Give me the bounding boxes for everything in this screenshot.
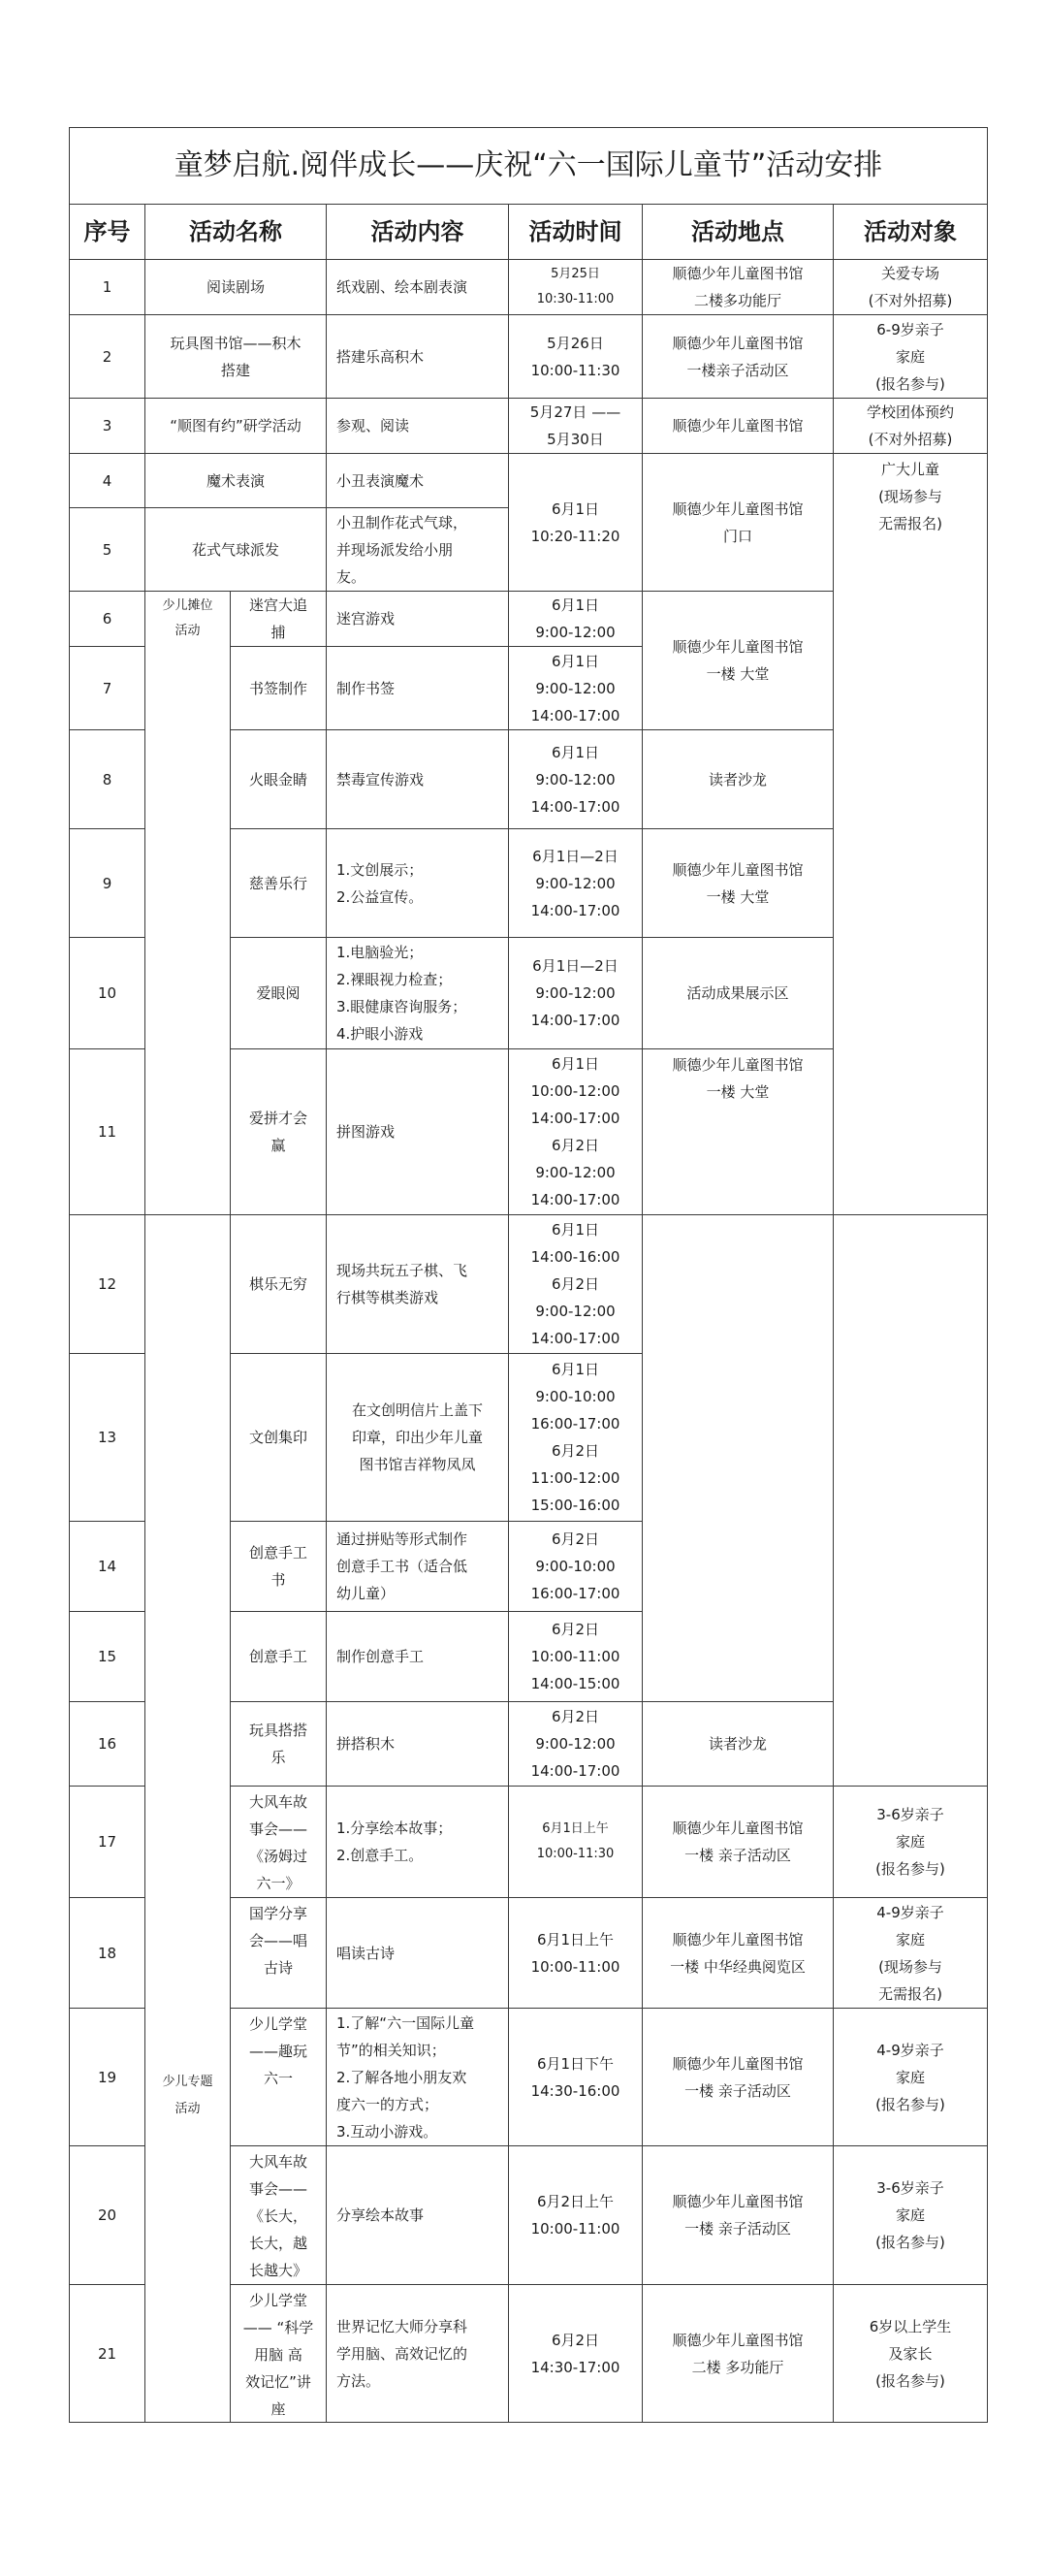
- activity-time: 6月1日 10:20-11:20: [508, 453, 643, 592]
- activity-target: 关爱专场 (不对外招募): [833, 259, 988, 315]
- activity-time-text: 6月1日—2日 9:00-12:00 14:00-17:00: [531, 843, 620, 924]
- activity-place: 顺德少年儿童图书馆 一楼 中华经典阅览区: [642, 1897, 834, 2009]
- activity-target-text: 3-6岁亲子 家庭 (报名参与): [875, 2174, 945, 2256]
- activity-time-text: 6月2日上午 10:00-11:00: [531, 2188, 620, 2242]
- activity-name-text: 文创集印: [249, 1424, 307, 1451]
- activity-name: “顺图有约”研学活动: [144, 398, 327, 454]
- row-number-text: 15: [98, 1643, 116, 1670]
- activity-content: 小丑表演魔术: [326, 453, 509, 508]
- activity-content: 参观、阅读: [326, 398, 509, 454]
- activity-place-text: 顺德少年儿童图书馆 一楼 大堂: [672, 1051, 803, 1106]
- activity-time-text: 6月1日 9:00-10:00 16:00-17:00 6月2日 11:00-1…: [531, 1356, 620, 1519]
- activity-content: 唱读古诗: [326, 1897, 509, 2009]
- activity-time-text: 5月26日 10:00-11:30: [531, 330, 620, 384]
- activity-target-text: 学校团体预约 (不对外招募): [867, 399, 954, 453]
- activity-time: 6月2日 9:00-12:00 14:00-17:00: [508, 1701, 643, 1787]
- activity-name-text: 少儿学堂 ——趣玩 六一: [249, 2011, 307, 2092]
- activity-place-text: 顺德少年儿童图书馆 一楼 亲子活动区: [672, 2188, 803, 2242]
- activity-place: 顺德少年儿童图书馆 一楼 大堂: [642, 1048, 834, 1215]
- activity-time-text: 6月2日 9:00-12:00 14:00-17:00: [531, 1703, 620, 1785]
- activity-time-text: 6月1日上午 10:00-11:30: [537, 1817, 615, 1867]
- row-number-text: 17: [98, 1828, 116, 1855]
- activity-content: 制作创意手工: [326, 1611, 509, 1702]
- activity-content-text: 世界记忆大师分享科 学用脑、高效记忆的 方法。: [336, 2313, 467, 2395]
- activity-time-text: 6月2日 10:00-11:00 14:00-15:00: [531, 1616, 620, 1697]
- activity-name-text: 火眼金睛: [249, 766, 307, 793]
- activity-time-text: 6月1日 10:20-11:20: [531, 496, 620, 550]
- activity-content-text: 在文创明信片上盖下 印章，印出少年儿童 图书馆吉祥物凤凤: [352, 1397, 483, 1478]
- activity-name: 爱拼才会 赢: [230, 1048, 327, 1215]
- activity-place: 顺德少年儿童图书馆 一楼 亲子活动区: [642, 2008, 834, 2146]
- activity-name-text: 爱眼阅: [256, 980, 300, 1007]
- row-number: 14: [69, 1521, 145, 1612]
- activity-name-text: 魔术表演: [206, 467, 265, 495]
- activity-target: 3-6岁亲子 家庭 (报名参与): [833, 2145, 988, 2285]
- activity-target-text: 6岁以上学生 及家长 (报名参与): [870, 2313, 952, 2395]
- activity-content-text: 参观、阅读: [336, 412, 409, 439]
- activity-name: 创意手工 书: [230, 1521, 327, 1612]
- activity-time: 5月26日 10:00-11:30: [508, 314, 643, 399]
- activity-name-text: 玩具搭搭 乐: [249, 1717, 307, 1771]
- row-number: 11: [69, 1048, 145, 1215]
- column-header-time-text: 活动时间: [529, 217, 622, 246]
- activity-content: 禁毒宣传游戏: [326, 729, 509, 829]
- activity-name-text: 玩具图书馆——积木 搭建: [170, 330, 301, 384]
- row-number-text: 21: [98, 2340, 116, 2367]
- row-number-text: 12: [98, 1271, 116, 1298]
- column-header-content: 活动内容: [326, 204, 509, 260]
- activity-place: 顺德少年儿童图书馆 二楼多功能厅: [642, 259, 834, 315]
- row-number: 15: [69, 1611, 145, 1702]
- activity-target-text: 关爱专场 (不对外招募): [869, 260, 953, 314]
- row-number-text: 8: [103, 766, 112, 793]
- activity-content-text: 搭建乐高积木: [336, 343, 424, 370]
- row-number: 8: [69, 729, 145, 829]
- row-number: 12: [69, 1214, 145, 1354]
- activity-place-text: 顺德少年儿童图书馆 二楼多功能厅: [672, 260, 803, 314]
- activity-target: 学校团体预约 (不对外招募): [833, 398, 988, 454]
- row-number: 1: [69, 259, 145, 315]
- column-header-target-text: 活动对象: [864, 217, 957, 246]
- activity-time-text: 6月1日 9:00-12:00: [535, 592, 615, 646]
- activity-time: 6月1日—2日 9:00-12:00 14:00-17:00: [508, 828, 643, 938]
- row-number-text: 13: [98, 1424, 116, 1451]
- row-number: 13: [69, 1353, 145, 1522]
- activity-time: 6月1日 10:00-12:00 14:00-17:00 6月2日 9:00-1…: [508, 1048, 643, 1215]
- activity-time-text: 6月1日 9:00-12:00 14:00-17:00: [531, 648, 620, 729]
- activity-time: 6月1日下午 14:30-16:00: [508, 2008, 643, 2146]
- activity-name-text: 少儿学堂 —— “科学 用脑 高 效记忆”讲 座: [243, 2287, 314, 2423]
- activity-place-text: 顺德少年儿童图书馆 门口: [672, 496, 803, 550]
- row-number: 16: [69, 1701, 145, 1787]
- activity-time-text: 6月1日 9:00-12:00 14:00-17:00: [531, 739, 620, 821]
- column-header-no-text: 序号: [84, 217, 131, 246]
- activity-target: [833, 1214, 988, 1787]
- activity-time-text: 6月1日下午 14:30-16:00: [531, 2050, 620, 2105]
- activity-content-text: 制作创意手工: [336, 1643, 424, 1670]
- activity-name: 火眼金睛: [230, 729, 327, 829]
- activity-name: 玩具搭搭 乐: [230, 1701, 327, 1787]
- activity-name-text: 爱拼才会 赢: [249, 1105, 307, 1159]
- activity-target: 3-6岁亲子 家庭 (报名参与): [833, 1786, 988, 1898]
- row-number: 7: [69, 646, 145, 730]
- row-number: 6: [69, 591, 145, 647]
- activity-place-text: 顺德少年儿童图书馆 一楼 大堂: [672, 856, 803, 911]
- activity-name-text: 书签制作: [249, 675, 307, 702]
- activity-place: 读者沙龙: [642, 729, 834, 829]
- activity-target-text: 广大儿童 (现场参与 无需报名): [878, 456, 942, 537]
- activity-content-text: 纸戏剧、绘本剧表演: [336, 274, 467, 301]
- activity-name: 书签制作: [230, 646, 327, 730]
- column-header-content-text: 活动内容: [371, 217, 464, 246]
- activity-name: 大风车故 事会—— 《长大， 长大，越 长越大》: [230, 2145, 327, 2285]
- column-header-place-text: 活动地点: [691, 217, 784, 246]
- activity-schedule-table: 童梦启航.阅伴成长——庆祝“六一国际儿童节”活动安排序号活动名称活动内容活动时间…: [0, 0, 1047, 2576]
- activity-content-text: 小丑制作花式气球， 并现场派发给小朋 友。: [336, 509, 467, 591]
- activity-place-text: 顺德少年儿童图书馆 一楼 中华经典阅览区: [670, 1926, 806, 1980]
- activity-place: 顺德少年儿童图书馆: [642, 398, 834, 454]
- activity-time-text: 5月25日 10:30-11:00: [537, 262, 615, 312]
- activity-place: 顺德少年儿童图书馆 一楼 大堂: [642, 591, 834, 730]
- activity-place-text: 顺德少年儿童图书馆 一楼 亲子活动区: [672, 1815, 803, 1869]
- activity-content: 拼搭积木: [326, 1701, 509, 1787]
- activity-time: 5月25日 10:30-11:00: [508, 259, 643, 315]
- activity-time: 6月2日上午 10:00-11:00: [508, 2145, 643, 2285]
- activity-time: 6月1日 9:00-12:00: [508, 591, 643, 647]
- row-number: 9: [69, 828, 145, 938]
- activity-name-text: 国学分享 会——唱 古诗: [249, 1900, 307, 1981]
- row-number-text: 19: [98, 2064, 116, 2091]
- activity-place-text: 顺德少年儿童图书馆 一楼 亲子活动区: [672, 2050, 803, 2105]
- column-header-target: 活动对象: [833, 204, 988, 260]
- row-number-text: 9: [103, 870, 112, 897]
- activity-place: 顺德少年儿童图书馆 一楼 亲子活动区: [642, 1786, 834, 1898]
- row-number: 19: [69, 2008, 145, 2146]
- activity-content: 搭建乐高积木: [326, 314, 509, 399]
- activity-content: 小丑制作花式气球， 并现场派发给小朋 友。: [326, 507, 509, 592]
- activity-content: 在文创明信片上盖下 印章，印出少年儿童 图书馆吉祥物凤凤: [326, 1353, 509, 1522]
- activity-name: 国学分享 会——唱 古诗: [230, 1897, 327, 2009]
- activity-content: 制作书签: [326, 646, 509, 730]
- activity-time-text: 6月2日 9:00-10:00 16:00-17:00: [531, 1526, 620, 1607]
- activity-place: 读者沙龙: [642, 1701, 834, 1787]
- activity-name: 少儿学堂 —— “科学 用脑 高 效记忆”讲 座: [230, 2284, 327, 2423]
- activity-content-text: 1.电脑验光； 2.裸眼视力检查； 3.眼健康咨询服务； 4.护眼小游戏: [336, 939, 466, 1047]
- activity-name: 爱眼阅: [230, 937, 327, 1049]
- page-title: 童梦启航.阅伴成长——庆祝“六一国际儿童节”活动安排: [69, 127, 988, 205]
- group-label-special: 少儿专题 活动: [144, 1214, 231, 2423]
- activity-target-text: 6-9岁亲子 家庭 (报名参与): [875, 316, 945, 398]
- activity-name-text: 大风车故 事会—— 《长大， 长大，越 长越大》: [249, 2148, 307, 2284]
- row-number-text: 5: [103, 536, 112, 563]
- activity-content-text: 唱读古诗: [336, 1940, 395, 1967]
- activity-name: 棋乐无穷: [230, 1214, 327, 1354]
- activity-content-text: 拼搭积木: [336, 1730, 395, 1757]
- row-number-text: 6: [103, 605, 112, 632]
- activity-content-text: 分享绘本故事: [336, 2202, 424, 2229]
- activity-place-text: 顺德少年儿童图书馆: [672, 412, 803, 439]
- activity-place-text: 顺德少年儿童图书馆 一楼亲子活动区: [672, 330, 803, 384]
- activity-place-text: 顺德少年儿童图书馆 二楼 多功能厅: [672, 2327, 803, 2381]
- activity-name: 大风车故 事会—— 《汤姆过 六一》: [230, 1786, 327, 1898]
- activity-content-text: 通过拼贴等形式制作 创意手工书（适合低 幼儿童）: [336, 1526, 467, 1607]
- activity-name-text: 阅读剧场: [206, 274, 265, 301]
- activity-place: 活动成果展示区: [642, 937, 834, 1049]
- activity-place: 顺德少年儿童图书馆 二楼 多功能厅: [642, 2284, 834, 2423]
- activity-target: 4-9岁亲子 家庭 (现场参与 无需报名): [833, 1897, 988, 2009]
- row-number-text: 7: [103, 675, 112, 702]
- activity-content-text: 1.文创展示； 2.公益宣传。: [336, 856, 423, 911]
- activity-content-text: 小丑表演魔术: [336, 467, 424, 495]
- activity-content-text: 拼图游戏: [336, 1118, 395, 1145]
- activity-time-text: 6月1日—2日 9:00-12:00 14:00-17:00: [531, 952, 620, 1034]
- activity-time-text: 5月27日 —— 5月30日: [530, 399, 620, 453]
- activity-content-text: 现场共玩五子棋、飞 行棋等棋类游戏: [336, 1257, 467, 1311]
- activity-content: 现场共玩五子棋、飞 行棋等棋类游戏: [326, 1214, 509, 1354]
- row-number-text: 18: [98, 1940, 116, 1967]
- activity-content: 分享绘本故事: [326, 2145, 509, 2285]
- activity-place: 顺德少年儿童图书馆 一楼亲子活动区: [642, 314, 834, 399]
- activity-name: 玩具图书馆——积木 搭建: [144, 314, 327, 399]
- group-label-stall-text: 少儿摊位 活动: [162, 594, 212, 644]
- activity-place: [642, 1214, 834, 1702]
- page-title-text: 童梦启航.阅伴成长——庆祝“六一国际儿童节”活动安排: [174, 146, 883, 185]
- activity-content: 1.文创展示； 2.公益宣传。: [326, 828, 509, 938]
- activity-name-text: 创意手工 书: [249, 1539, 307, 1594]
- row-number: 10: [69, 937, 145, 1049]
- activity-name: 魔术表演: [144, 453, 327, 508]
- group-label-stall: 少儿摊位 活动: [144, 591, 231, 1215]
- activity-place: 顺德少年儿童图书馆 一楼 亲子活动区: [642, 2145, 834, 2285]
- activity-name: 少儿学堂 ——趣玩 六一: [230, 2008, 327, 2146]
- activity-content-text: 迷宫游戏: [336, 605, 395, 632]
- activity-target: 6岁以上学生 及家长 (报名参与): [833, 2284, 988, 2423]
- row-number: 3: [69, 398, 145, 454]
- activity-name-text: 迷宫大追 捕: [249, 592, 307, 646]
- column-header-no: 序号: [69, 204, 145, 260]
- activity-name-text: “顺图有约”研学活动: [170, 412, 301, 439]
- activity-content: 1.分享绘本故事； 2.创意手工。: [326, 1786, 509, 1898]
- activity-time: 5月27日 —— 5月30日: [508, 398, 643, 454]
- activity-name: 阅读剧场: [144, 259, 327, 315]
- column-header-place: 活动地点: [642, 204, 834, 260]
- activity-name-text: 创意手工: [249, 1643, 307, 1670]
- activity-time: 6月1日 9:00-12:00 14:00-17:00: [508, 729, 643, 829]
- activity-content: 1.了解“六一国际儿童 节”的相关知识； 2.了解各地小朋友欢 度六一的方式； …: [326, 2008, 509, 2146]
- activity-place-text: 读者沙龙: [709, 1730, 767, 1757]
- activity-target-text: 3-6岁亲子 家庭 (报名参与): [875, 1801, 945, 1883]
- activity-content-text: 1.了解“六一国际儿童 节”的相关知识； 2.了解各地小朋友欢 度六一的方式； …: [336, 2010, 474, 2145]
- activity-name: 迷宫大追 捕: [230, 591, 327, 647]
- row-number-text: 3: [103, 412, 112, 439]
- row-number: 4: [69, 453, 145, 508]
- row-number: 2: [69, 314, 145, 399]
- activity-target: 广大儿童 (现场参与 无需报名): [833, 453, 988, 1215]
- activity-place-text: 活动成果展示区: [686, 980, 788, 1007]
- activity-name-text: 慈善乐行: [249, 870, 307, 897]
- activity-time: 6月2日 10:00-11:00 14:00-15:00: [508, 1611, 643, 1702]
- activity-content: 1.电脑验光； 2.裸眼视力检查； 3.眼健康咨询服务； 4.护眼小游戏: [326, 937, 509, 1049]
- activity-time-text: 6月1日 10:00-12:00 14:00-17:00 6月2日 9:00-1…: [531, 1050, 620, 1213]
- row-number-text: 4: [103, 467, 112, 495]
- row-number: 17: [69, 1786, 145, 1898]
- column-header-time: 活动时间: [508, 204, 643, 260]
- activity-time: 6月1日 9:00-12:00 14:00-17:00: [508, 646, 643, 730]
- activity-content: 通过拼贴等形式制作 创意手工书（适合低 幼儿童）: [326, 1521, 509, 1612]
- activity-place: 顺德少年儿童图书馆 一楼 大堂: [642, 828, 834, 938]
- activity-time: 6月1日 14:00-16:00 6月2日 9:00-12:00 14:00-1…: [508, 1214, 643, 1354]
- activity-time: 6月1日 9:00-10:00 16:00-17:00 6月2日 11:00-1…: [508, 1353, 643, 1522]
- activity-name: 慈善乐行: [230, 828, 327, 938]
- activity-name-text: 大风车故 事会—— 《汤姆过 六一》: [249, 1788, 307, 1897]
- row-number: 5: [69, 507, 145, 592]
- row-number-text: 10: [98, 980, 116, 1007]
- activity-content-text: 制作书签: [336, 675, 395, 702]
- activity-name: 文创集印: [230, 1353, 327, 1522]
- row-number-text: 2: [103, 343, 112, 370]
- row-number-text: 20: [98, 2202, 116, 2229]
- activity-target: 4-9岁亲子 家庭 (报名参与): [833, 2008, 988, 2146]
- row-number-text: 14: [98, 1553, 116, 1580]
- activity-content-text: 禁毒宣传游戏: [336, 766, 424, 793]
- activity-name: 花式气球派发: [144, 507, 327, 592]
- row-number-text: 11: [98, 1118, 116, 1145]
- group-label-special-text: 少儿专题 活动: [145, 2069, 230, 2123]
- activity-place-text: 读者沙龙: [709, 766, 767, 793]
- activity-time-text: 6月2日 14:30-17:00: [531, 2327, 620, 2381]
- activity-target-text: 4-9岁亲子 家庭 (报名参与): [875, 2037, 945, 2118]
- activity-place: 顺德少年儿童图书馆 门口: [642, 453, 834, 592]
- row-number-text: 1: [103, 274, 112, 301]
- activity-time: 6月2日 9:00-10:00 16:00-17:00: [508, 1521, 643, 1612]
- activity-time-text: 6月1日 14:00-16:00 6月2日 9:00-12:00 14:00-1…: [531, 1216, 620, 1352]
- activity-content: 迷宫游戏: [326, 591, 509, 647]
- activity-target: 6-9岁亲子 家庭 (报名参与): [833, 314, 988, 399]
- row-number: 21: [69, 2284, 145, 2423]
- activity-time: 6月1日—2日 9:00-12:00 14:00-17:00: [508, 937, 643, 1049]
- activity-content-text: 1.分享绘本故事； 2.创意手工。: [336, 1815, 452, 1869]
- activity-content: 世界记忆大师分享科 学用脑、高效记忆的 方法。: [326, 2284, 509, 2423]
- row-number: 20: [69, 2145, 145, 2285]
- column-header-name: 活动名称: [144, 204, 327, 260]
- activity-place-text: 顺德少年儿童图书馆 一楼 大堂: [672, 633, 803, 688]
- activity-time-text: 6月1日上午 10:00-11:00: [531, 1926, 620, 1980]
- activity-time: 6月1日上午 10:00-11:00: [508, 1897, 643, 2009]
- activity-name: 创意手工: [230, 1611, 327, 1702]
- activity-content: 纸戏剧、绘本剧表演: [326, 259, 509, 315]
- row-number: 18: [69, 1897, 145, 2009]
- activity-name-text: 花式气球派发: [192, 536, 279, 563]
- activity-content: 拼图游戏: [326, 1048, 509, 1215]
- row-number-text: 16: [98, 1730, 116, 1757]
- column-header-name-text: 活动名称: [189, 217, 282, 246]
- activity-time: 6月1日上午 10:00-11:30: [508, 1786, 643, 1898]
- activity-name-text: 棋乐无穷: [249, 1271, 307, 1298]
- activity-time: 6月2日 14:30-17:00: [508, 2284, 643, 2423]
- activity-target-text: 4-9岁亲子 家庭 (现场参与 无需报名): [876, 1899, 944, 2008]
